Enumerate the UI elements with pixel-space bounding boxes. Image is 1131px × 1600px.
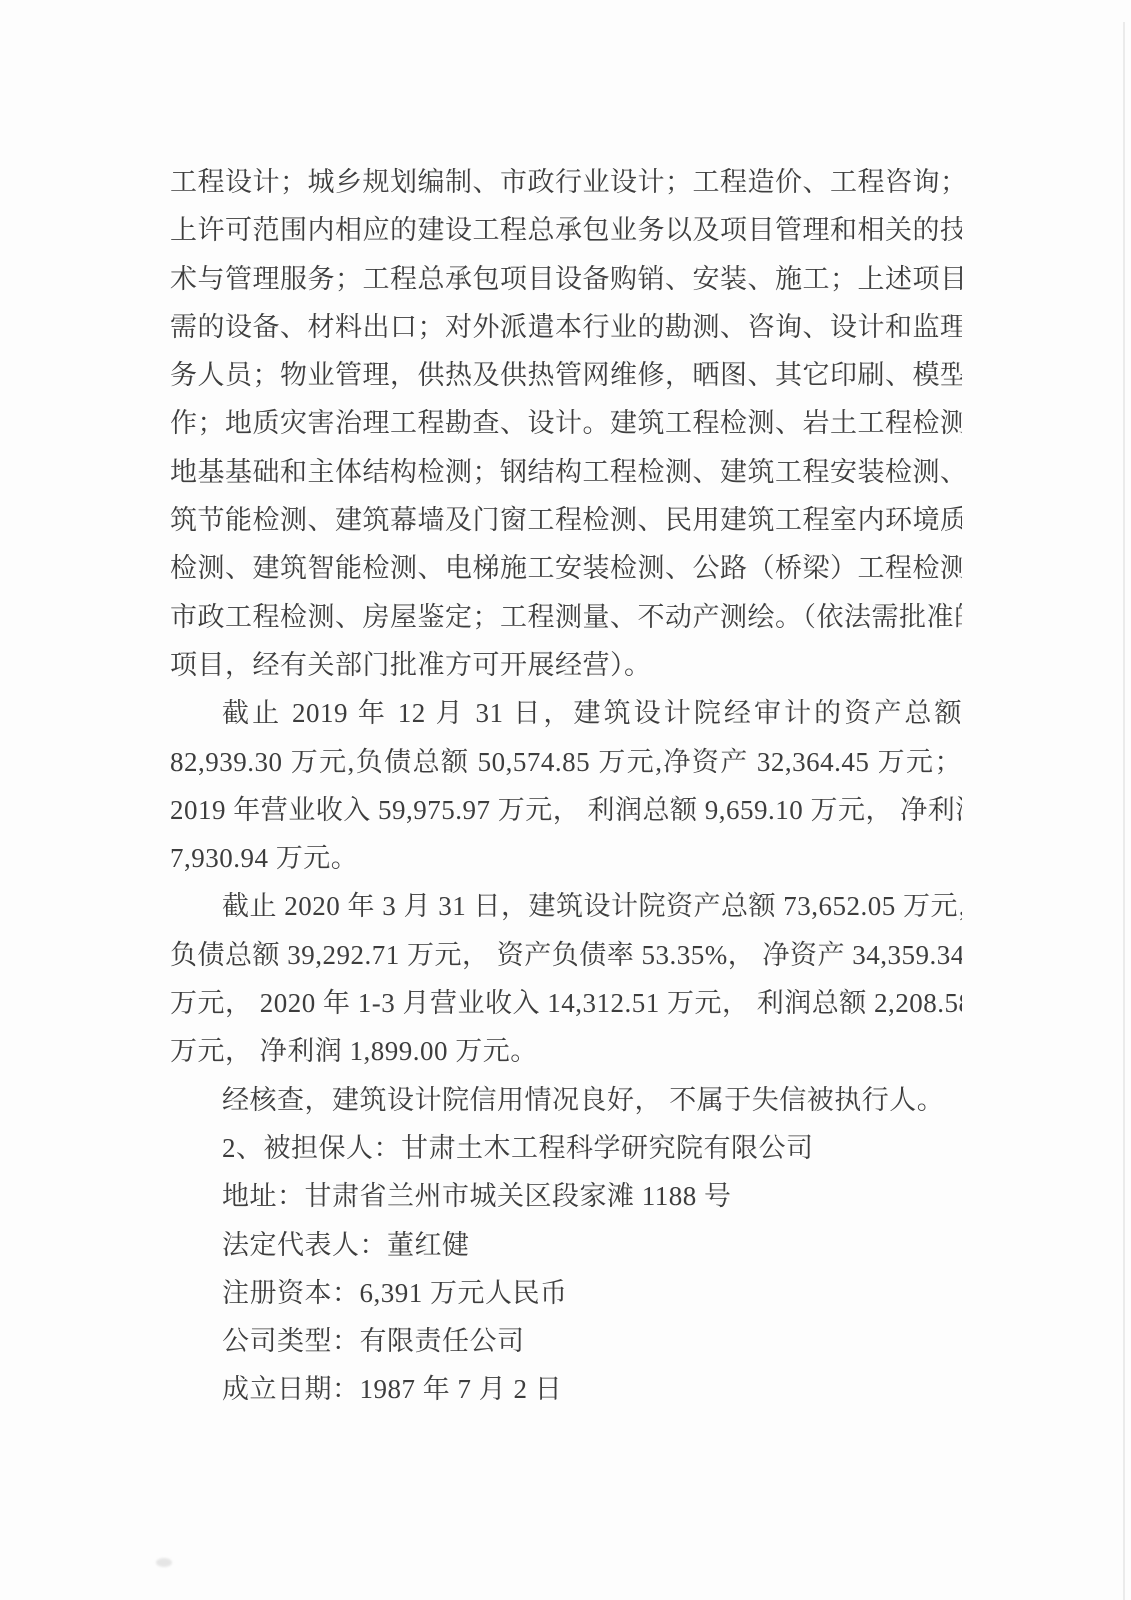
text-line: 工程设计；城乡规划编制、市政行业设计；工程造价、工程咨询；以 (170, 158, 962, 206)
text-line: 截止 2020 年 3 月 31 日，建筑设计院资产总额 73,652.05 万… (170, 882, 962, 930)
text-line: 2019 年营业收入 59,975.97 万元， 利润总额 9,659.10 万… (170, 786, 962, 834)
text-line: 经核查，建筑设计院信用情况良好， 不属于失信被执行人。 (170, 1076, 962, 1124)
text-line: 注册资本：6,391 万元人民币 (170, 1269, 962, 1317)
text-line: 2、被担保人：甘肃土木工程科学研究院有限公司 (170, 1124, 962, 1172)
text-line: 7,930.94 万元。 (170, 834, 962, 882)
text-line: 务人员；物业管理，供热及供热管网维修，晒图、其它印刷、模型制 (170, 351, 962, 399)
document-text-block: 工程设计；城乡规划编制、市政行业设计；工程造价、工程咨询；以 上许可范围内相应的… (170, 158, 962, 1414)
text-line: 市政工程检测、房屋鉴定；工程测量、不动产测绘。（依法需批准的 (170, 593, 962, 641)
scanned-document-page: 工程设计；城乡规划编制、市政行业设计；工程造价、工程咨询；以 上许可范围内相应的… (0, 0, 1131, 1600)
text-line: 成立日期：1987 年 7 月 2 日 (170, 1365, 962, 1413)
scan-edge-line (1123, 22, 1125, 1600)
text-line: 公司类型：有限责任公司 (170, 1317, 962, 1365)
text-line: 检测、建筑智能检测、电梯施工安装检测、公路（桥梁）工程检测、 (170, 544, 962, 592)
text-line: 截止 2019 年 12 月 31 日，建筑设计院经审计的资产总额 (170, 689, 962, 737)
text-line: 筑节能检测、建筑幕墙及门窗工程检测、民用建筑工程室内环境质量 (170, 496, 962, 544)
text-line: 上许可范围内相应的建设工程总承包业务以及项目管理和相关的技 (170, 206, 962, 254)
text-line: 82,939.30 万元,负债总额 50,574.85 万元,净资产 32,36… (170, 738, 962, 786)
text-line: 负债总额 39,292.71 万元， 资产负债率 53.35%， 净资产 34,… (170, 931, 962, 979)
text-line: 作；地质灾害治理工程勘查、设计。建筑工程检测、岩土工程检测、 (170, 399, 962, 447)
text-line: 万元， 2020 年 1-3 月营业收入 14,312.51 万元， 利润总额 … (170, 979, 962, 1027)
text-line: 万元， 净利润 1,899.00 万元。 (170, 1027, 962, 1075)
text-line: 项目，经有关部门批准方可开展经营）。 (170, 641, 962, 689)
text-line: 法定代表人：董红健 (170, 1221, 962, 1269)
text-line: 地基基础和主体结构检测；钢结构工程检测、建筑工程安装检测、建 (170, 448, 962, 496)
text-line: 术与管理服务；工程总承包项目设备购销、安装、施工；上述项目所 (170, 255, 962, 303)
ink-smudge (156, 1558, 172, 1567)
text-line: 地址：甘肃省兰州市城关区段家滩 1188 号 (170, 1172, 962, 1220)
text-line: 需的设备、材料出口；对外派遣本行业的勘测、咨询、设计和监理劳 (170, 303, 962, 351)
